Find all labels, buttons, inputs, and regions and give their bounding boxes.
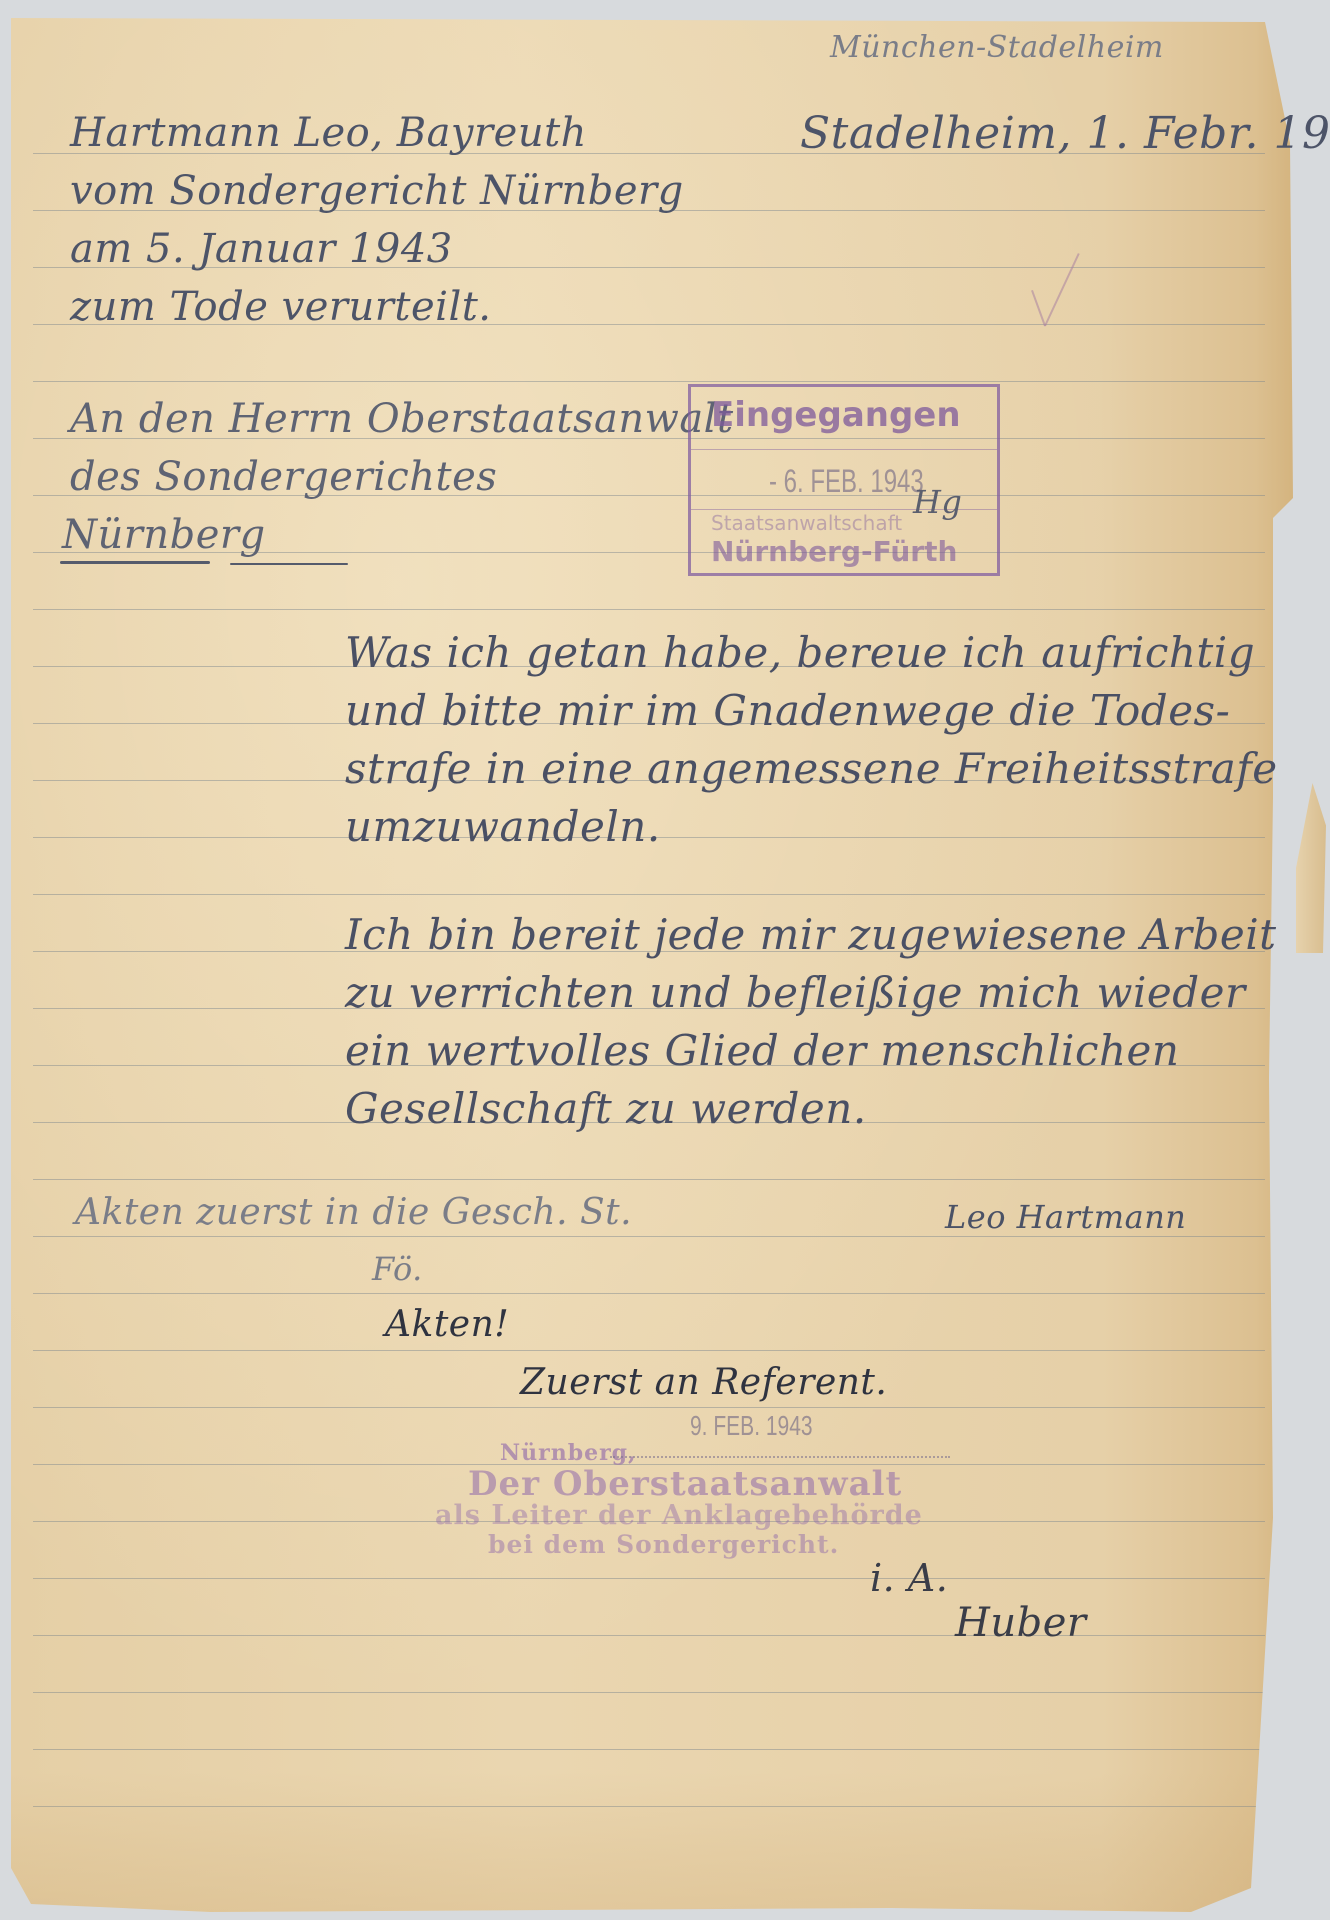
ruled-line [33, 1692, 1265, 1693]
ruled-line [33, 1806, 1265, 1807]
stamp-line-3: Staatsanwaltschaft [711, 511, 902, 535]
ruled-line [33, 1293, 1265, 1294]
petitioner-signature: Leo Hartmann [945, 1198, 1186, 1236]
torn-paper-flap [1296, 783, 1326, 953]
ruled-line [33, 894, 1265, 895]
stamp-divider [691, 449, 997, 450]
ruled-line [33, 609, 1265, 610]
recipient-underline [60, 561, 210, 564]
ruled-line [33, 1179, 1265, 1180]
header-line-2: vom Sondergericht Nürnberg [70, 168, 684, 214]
header-line-4: zum Tode verurteilt. [70, 284, 492, 330]
body-line: und bitte mir im Gnadenwege die Todes- [345, 686, 1230, 735]
ruled-line [33, 381, 1265, 382]
official-signature-name: Huber [955, 1600, 1087, 1646]
office-stamp-line-1: Nürnberg, [500, 1440, 637, 1466]
stamp-date: - 6. FEB. 1943 [769, 463, 924, 500]
stamp-title: Eingegangen [711, 395, 961, 435]
ruled-line [33, 1236, 1265, 1237]
body-line: ein wertvolles Glied der menschlichen [345, 1026, 1179, 1075]
place-above: München-Stadelheim [830, 30, 1164, 65]
header-line-1: Hartmann Leo, Bayreuth [70, 110, 587, 156]
ruled-line [33, 1350, 1265, 1351]
office-stamp-date: 9. FEB. 1943 [690, 1410, 813, 1442]
body-line: umzuwandeln. [345, 802, 661, 851]
office-stamp-line-2: Der Oberstaatsanwalt [468, 1464, 902, 1504]
annotation-akten: Akten zuerst in die Gesch. St. [75, 1192, 632, 1233]
ruled-line [33, 1578, 1265, 1579]
body-line: zu verrichten und befleißige mich wieder [345, 968, 1246, 1017]
ruled-line [33, 1407, 1265, 1408]
body-line: strafe in eine angemessene Freiheitsstra… [345, 744, 1278, 793]
body-line: Gesellschaft zu werden. [345, 1084, 867, 1133]
office-stamp-line-4: bei dem Sondergericht. [488, 1530, 839, 1559]
office-stamp-line-3: als Leiter der Anklagebehörde [435, 1500, 923, 1531]
stamp-line-4: Nürnberg-Fürth [711, 535, 957, 568]
note-referent: Zuerst an Referent. [520, 1362, 887, 1403]
place-date: Stadelheim, 1. Febr. 194 [800, 108, 1330, 159]
recipient-underline-2 [230, 563, 348, 565]
stamp-initials: Hg [913, 483, 962, 521]
official-signature-prefix: i. A. [870, 1556, 948, 1600]
annotation-fo: Fö. [372, 1250, 423, 1288]
office-stamp-dotline [610, 1456, 950, 1458]
ruled-line [33, 1749, 1265, 1750]
body-line: Was ich getan habe, bereue ich aufrichti… [345, 628, 1255, 677]
recipient-line-2: des Sondergerichtes [70, 454, 497, 500]
recipient-line-1: An den Herrn Oberstaatsanwalt [70, 396, 734, 442]
header-line-3: am 5. Januar 1943 [70, 226, 453, 272]
body-line: Ich bin bereit jede mir zugewiesene Arbe… [345, 910, 1277, 959]
note-akten: Akten! [385, 1304, 509, 1345]
received-stamp: Eingegangen - 6. FEB. 1943 Staatsanwalts… [688, 384, 1000, 576]
recipient-line-3: Nürnberg [62, 512, 266, 558]
